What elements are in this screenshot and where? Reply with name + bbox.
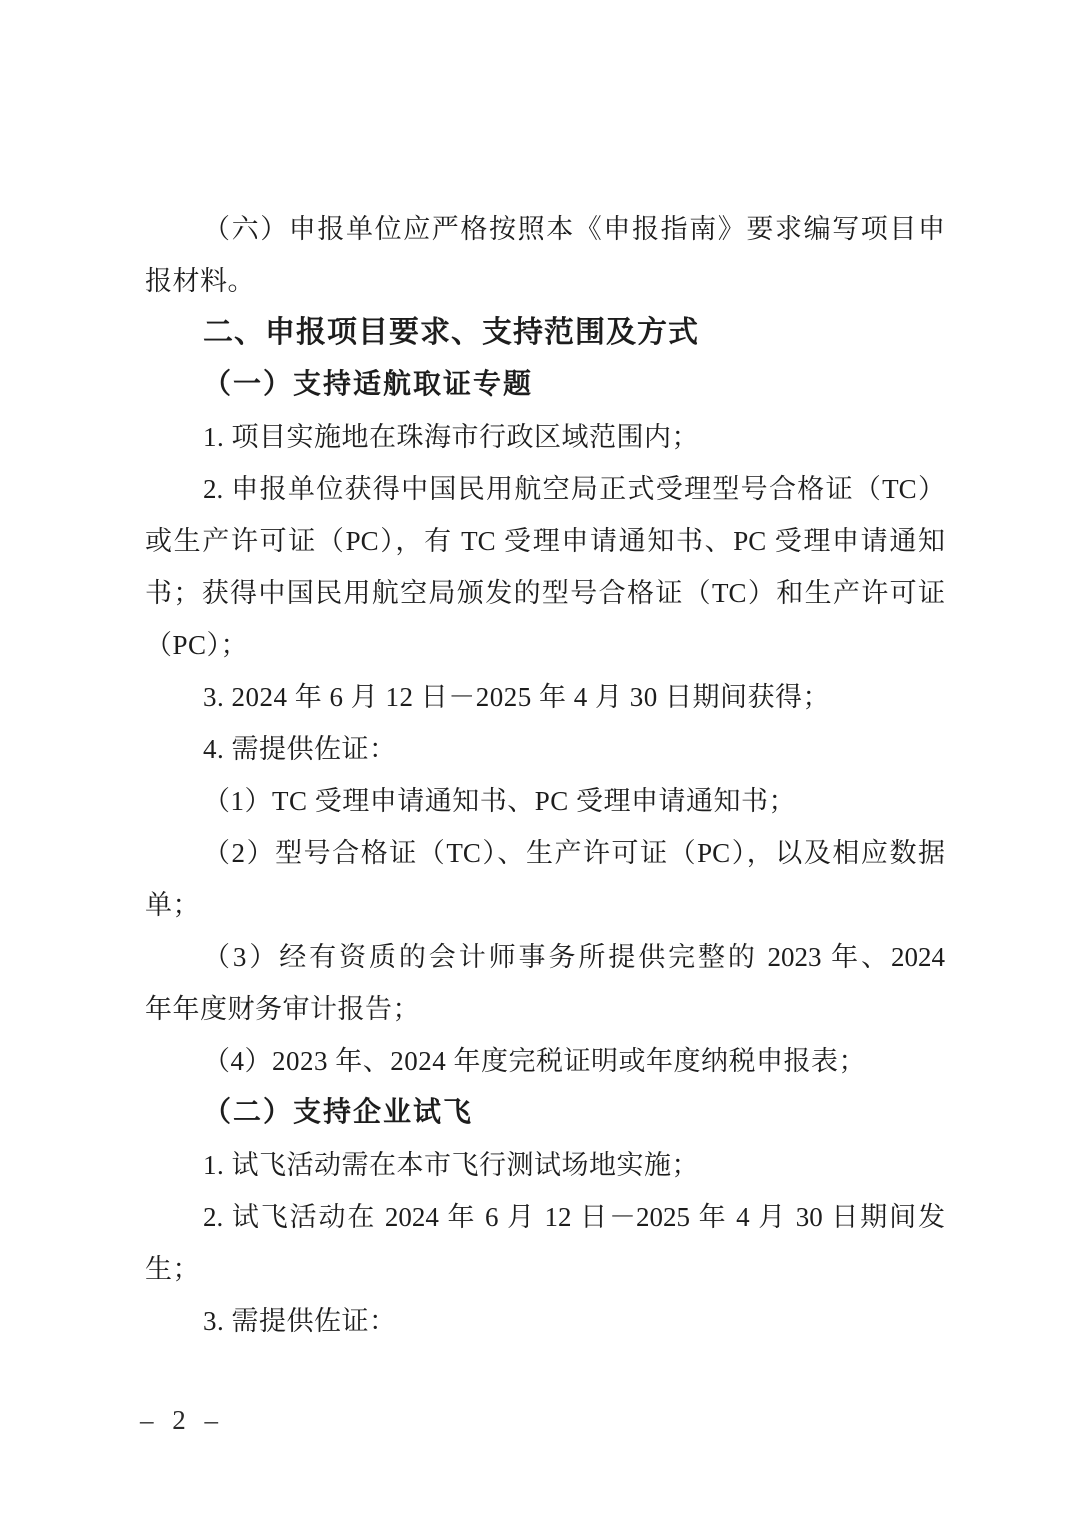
text-line: 4. 需提供佐证： — [145, 723, 945, 775]
text-line: 书；获得中国民用航空局颁发的型号合格证（TC）和生产许可证 — [145, 567, 945, 619]
document-body: （六）申报单位应严格按照本《申报指南》要求编写项目申报材料。二、申报项目要求、支… — [145, 203, 945, 1347]
text-line: （4）2023 年、2024 年度完税证明或年度纳税申报表； — [145, 1035, 945, 1087]
section-heading: 二、申报项目要求、支持范围及方式 — [145, 307, 945, 359]
text-line: 3. 需提供佐证： — [145, 1295, 945, 1347]
text-line: （1）TC 受理申请通知书、PC 受理申请通知书； — [145, 775, 945, 827]
text-line: 3. 2024 年 6 月 12 日－2025 年 4 月 30 日期间获得； — [145, 671, 945, 723]
text-line: （PC）； — [145, 619, 945, 671]
text-line: 生； — [145, 1243, 945, 1295]
text-line: 1. 项目实施地在珠海市行政区域范围内； — [145, 411, 945, 463]
text-line: 1. 试飞活动需在本市飞行测试场地实施； — [145, 1139, 945, 1191]
text-line: 报材料。 — [145, 255, 945, 307]
page-number: – 2 – — [140, 1405, 224, 1436]
text-line: 年年度财务审计报告； — [145, 983, 945, 1035]
subsection-heading: （一）支持适航取证专题 — [145, 359, 945, 411]
subsection-heading: （二）支持企业试飞 — [145, 1087, 945, 1139]
text-line: 2. 申报单位获得中国民用航空局正式受理型号合格证（TC） — [145, 463, 945, 515]
text-line: 或生产许可证（PC），有 TC 受理申请通知书、PC 受理申请通知 — [145, 515, 945, 567]
document-page: （六）申报单位应严格按照本《申报指南》要求编写项目申报材料。二、申报项目要求、支… — [0, 0, 1080, 1527]
text-line: 2. 试飞活动在 2024 年 6 月 12 日－2025 年 4 月 30 日… — [145, 1191, 945, 1243]
text-line: （六）申报单位应严格按照本《申报指南》要求编写项目申 — [145, 203, 945, 255]
text-line: （3）经有资质的会计师事务所提供完整的 2023 年、2024 — [145, 931, 945, 983]
text-line: （2）型号合格证（TC）、生产许可证（PC），以及相应数据 — [145, 827, 945, 879]
text-line: 单； — [145, 879, 945, 931]
